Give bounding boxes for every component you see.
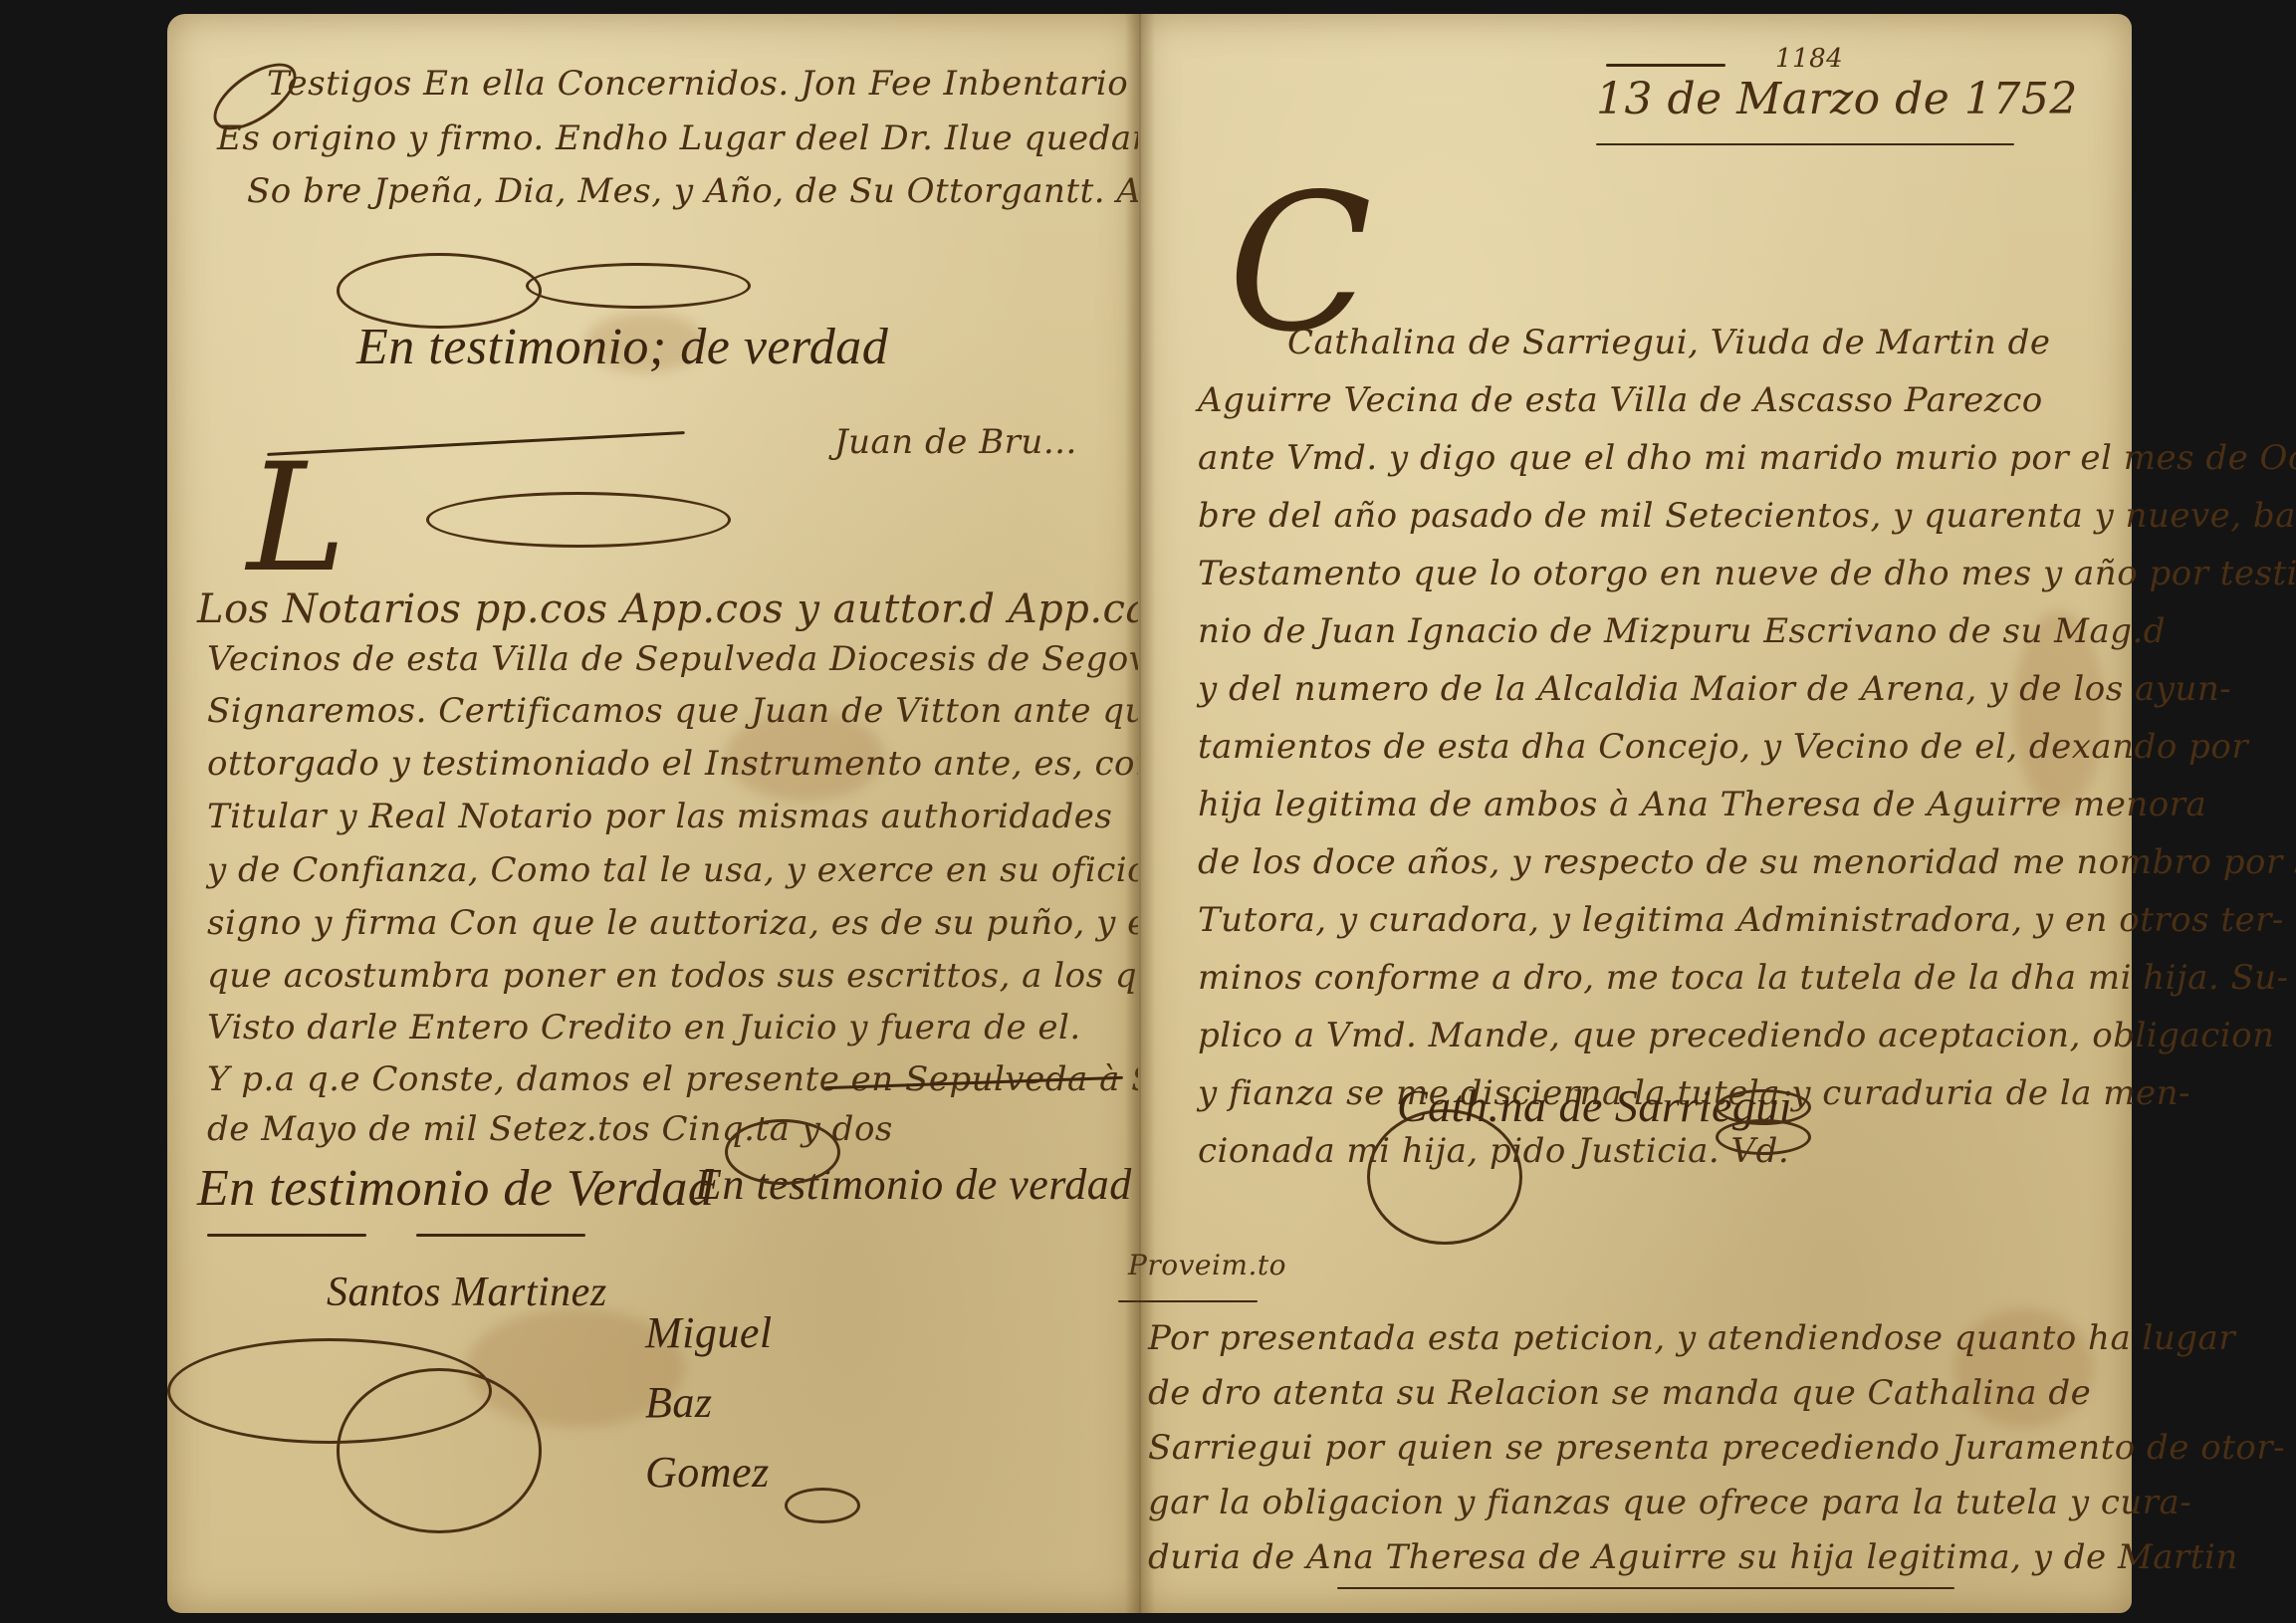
right-page: 1184 13 de Marzo de 1752 C Cathalina de … — [1138, 14, 2132, 1613]
notary-initial: L — [247, 432, 346, 605]
seal-flourish-icon — [526, 263, 751, 309]
body-line: que acostumbra poner en todos sus escrit… — [207, 956, 1180, 996]
book-gutter — [1125, 14, 1155, 1613]
divider — [207, 1234, 366, 1237]
body-line: y de Confianza, Como tal le usa, y exerc… — [207, 850, 1190, 890]
signature: Miguel Baz Gomez — [645, 1298, 844, 1507]
body-line: ante Vmd. y digo que el dho mi marido mu… — [1198, 438, 2296, 478]
body-line: Tutora, y curadora, y legitima Administr… — [1198, 900, 2284, 940]
seal-name: Juan de Bru... — [834, 422, 1077, 462]
divider — [1337, 1587, 1954, 1589]
body-line: Testamento que lo otorgo en nueve de dho… — [1198, 554, 2296, 593]
decree-line: duria de Ana Theresa de Aguirre su hija … — [1148, 1537, 2238, 1577]
decree-line: Por presentada esta peticion, y atendien… — [1148, 1318, 2235, 1358]
body-line: Los Notarios pp.cos App.cos y auttor.d A… — [197, 586, 1254, 632]
body-line: Titular y Real Notario por las mismas au… — [207, 797, 1112, 836]
body-line: y del numero de la Alcaldia Maior de Are… — [1198, 669, 2231, 709]
divider — [1606, 64, 1725, 67]
divider — [416, 1234, 585, 1237]
body-line: signo y firma Con que le auttoriza, es d… — [207, 903, 1285, 943]
body-line: tamientos de esta dha Concejo, y Vecino … — [1198, 727, 2248, 767]
signature-flourish-icon — [337, 1368, 542, 1533]
divider — [1596, 143, 2014, 145]
signature: En testimonio de Verdad — [197, 1159, 714, 1218]
seal-text: En testimonio; de verdad — [356, 318, 888, 376]
rubric-icon — [1716, 1119, 1811, 1155]
body-line: de los doce años, y respecto de su menor… — [1198, 842, 2296, 882]
body-line: Signaremos. Certificamos que Juan de Vit… — [207, 691, 1201, 731]
body-line: bre del año pasado de mil Setecientos, y… — [1198, 496, 2296, 536]
decree-line: de dro atenta su Relacion se manda que C… — [1148, 1373, 2091, 1413]
body-line: Cathalina de Sarriegui, Viuda de Martin … — [1287, 323, 2050, 362]
body-line: ottorgado y testimoniado el Instrumento … — [207, 744, 1189, 784]
folio-number: 1184 — [1775, 44, 1843, 74]
decree-line: Sarriegui por quien se presenta precedie… — [1148, 1428, 2285, 1468]
body-line: hija legitima de ambos à Ana Theresa de … — [1198, 785, 2206, 824]
body-line: Visto darle Entero Credito en Juicio y f… — [207, 1008, 1081, 1047]
seal-flourish-icon — [426, 492, 731, 548]
body-line: Aguirre Vecina de esta Villa de Ascasso … — [1198, 380, 2043, 420]
body-line: plico a Vmd. Mande, que precediendo acep… — [1198, 1016, 2275, 1055]
body-line: nio de Juan Ignacio de Mizpuru Escrivano… — [1198, 611, 2166, 651]
signature: Santos Martinez — [327, 1269, 607, 1316]
date-header: 13 de Marzo de 1752 — [1596, 74, 2078, 124]
left-page: Testigos En ella Concernidos. Jon Fee In… — [167, 14, 1139, 1613]
seal-flourish-icon — [725, 1119, 840, 1185]
decree-line: gar la obligacion y fianzas que ofrece p… — [1148, 1483, 2191, 1522]
body-line: minos conforme a dro, me toca la tutela … — [1198, 958, 2289, 998]
body-line: Vecinos de esta Villa de Sepulveda Dioce… — [207, 639, 1268, 679]
rubric-icon — [785, 1488, 860, 1523]
